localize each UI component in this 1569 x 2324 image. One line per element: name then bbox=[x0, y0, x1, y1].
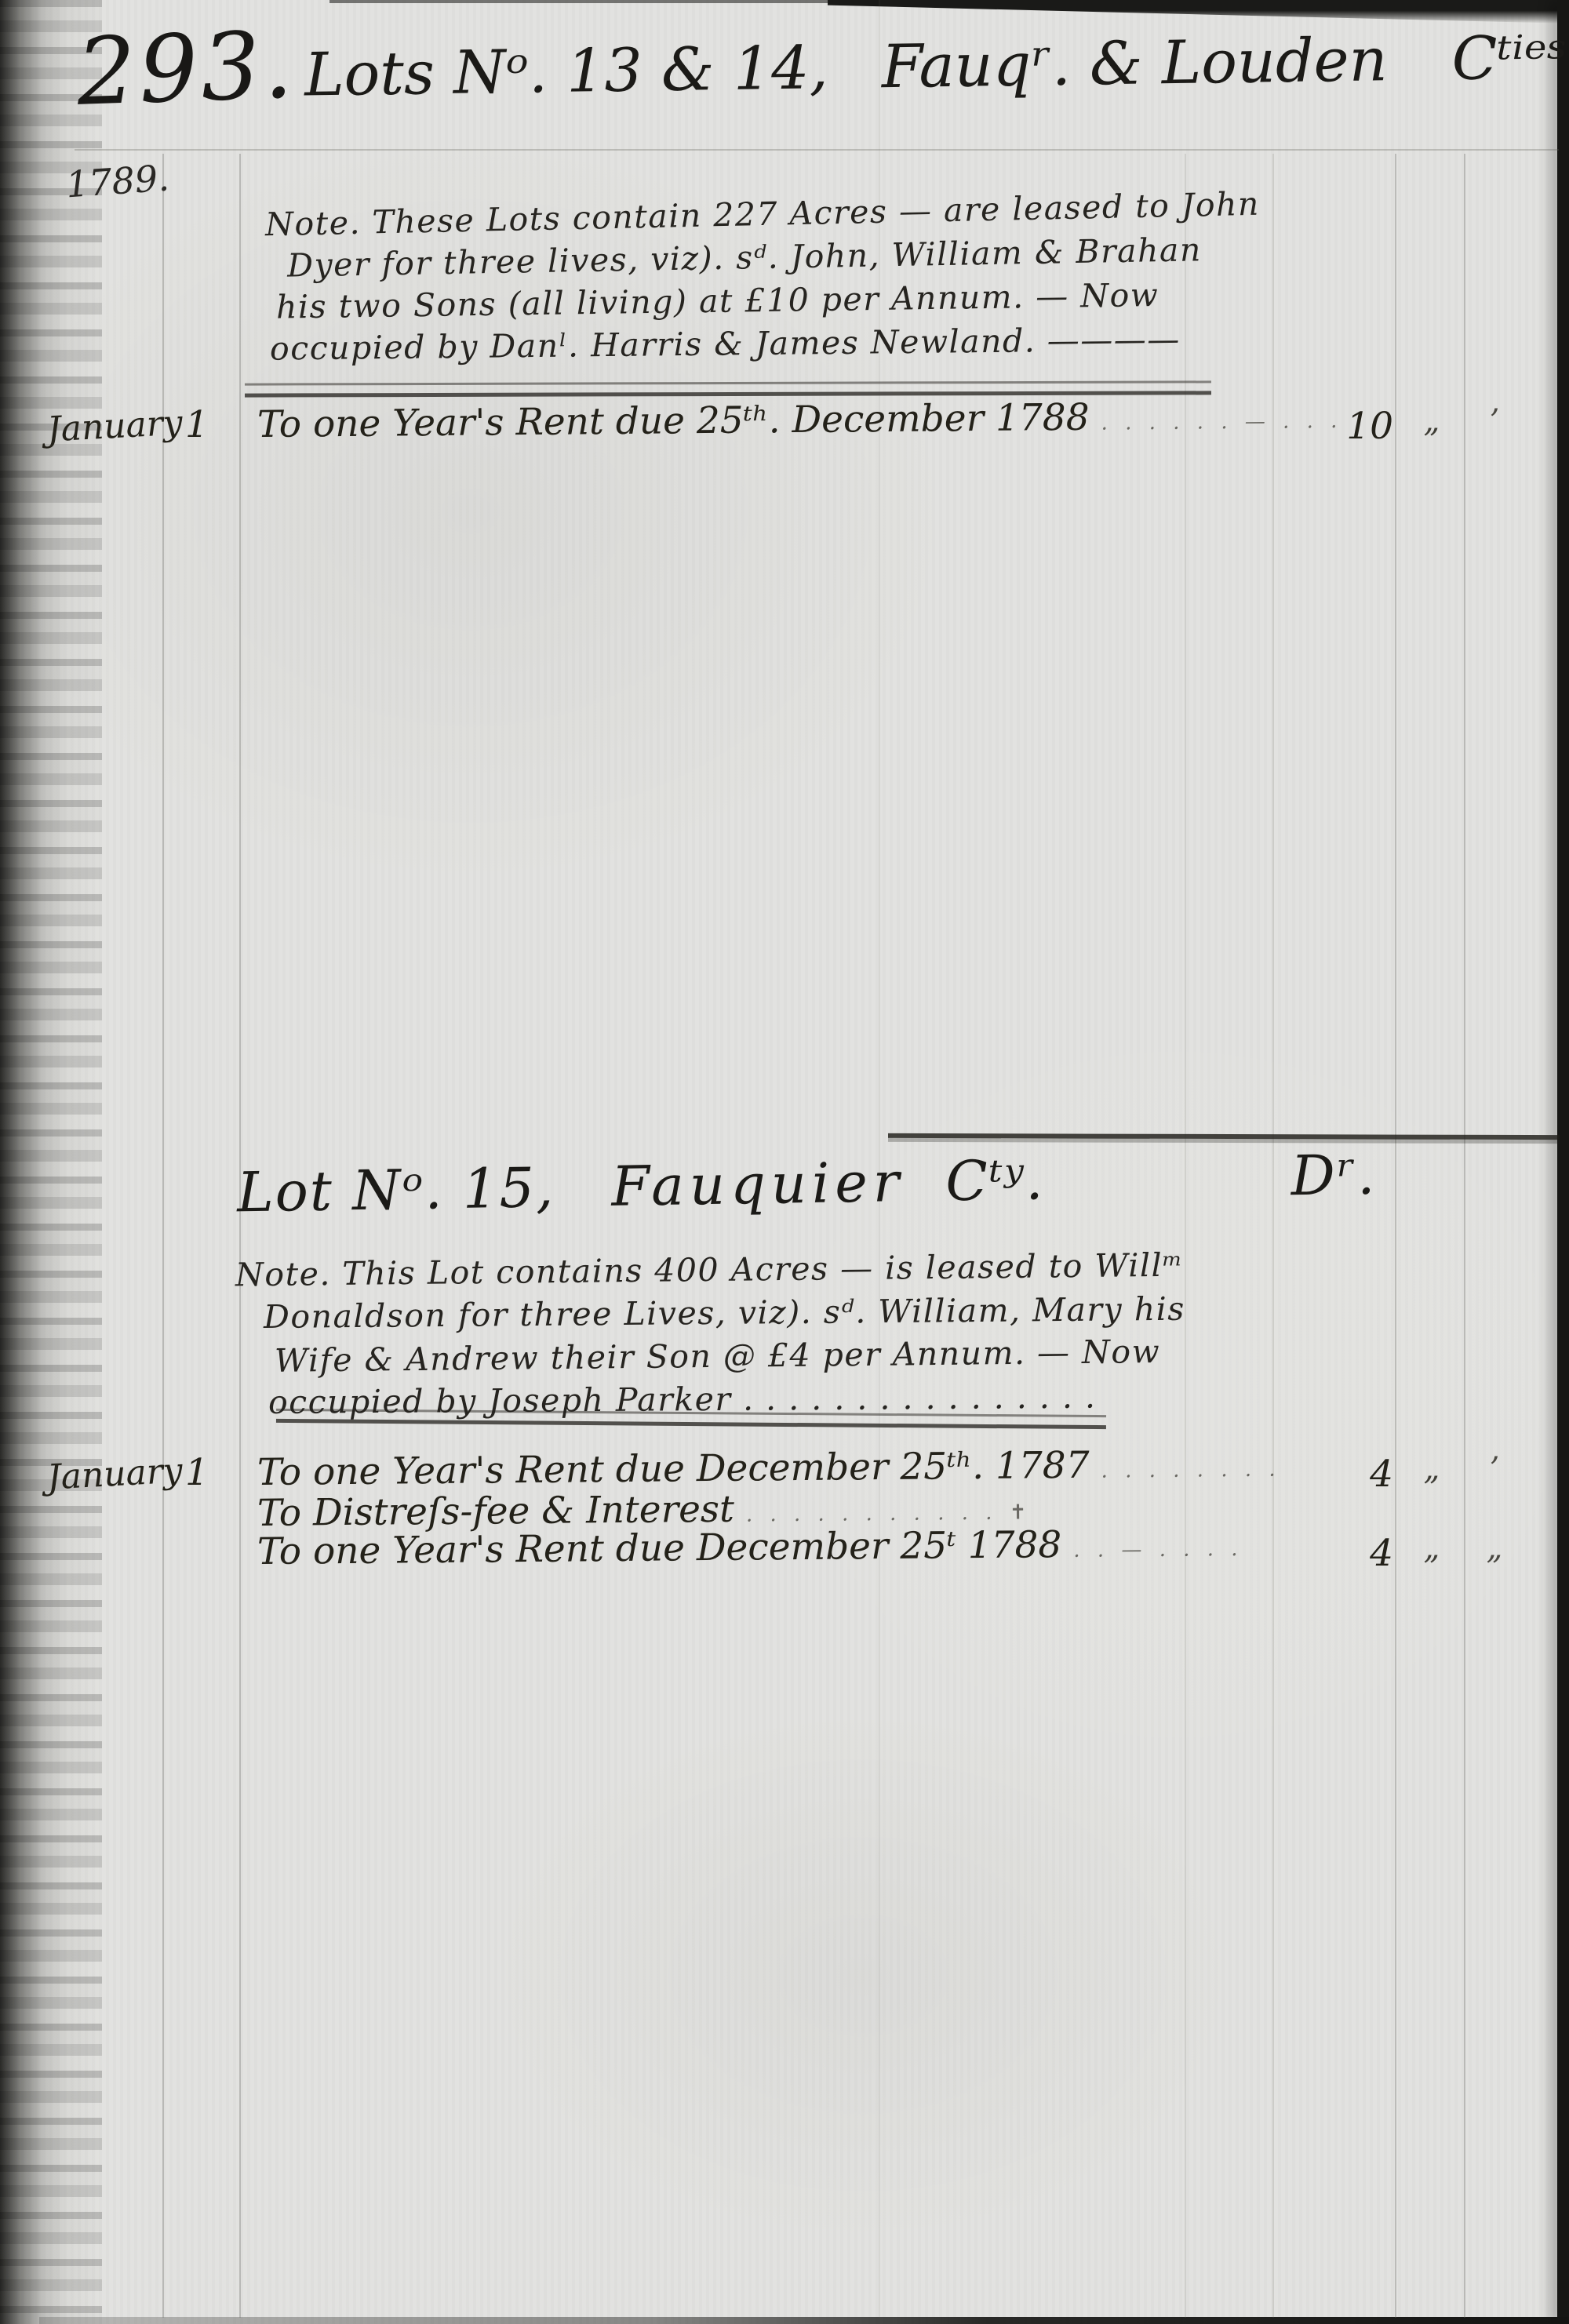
column-rule-day bbox=[239, 154, 241, 2318]
entry-shillings: „ bbox=[1409, 403, 1454, 439]
entry-text: To one Year's Rent due 25ᵗʰ. December 17… bbox=[257, 396, 1090, 446]
ledger-entry-row: January 1 To one Year's Rent due 25ᵗʰ. D… bbox=[0, 403, 1569, 452]
leader-dots: . . — . . . . bbox=[1073, 1537, 1243, 1562]
leader-dots: . . . . . . . . bbox=[1101, 1458, 1280, 1483]
column-rule-shillings bbox=[1464, 154, 1465, 2318]
entry-pence: ’ bbox=[1472, 403, 1517, 439]
header-underline bbox=[75, 149, 1559, 151]
column-rule-faint-1 bbox=[1185, 154, 1186, 2318]
column-rule-month bbox=[162, 154, 164, 2318]
section1-note-rule bbox=[245, 380, 1211, 397]
entry-shillings: „ bbox=[1409, 1530, 1454, 1566]
entry-day: 1 bbox=[185, 1451, 209, 1494]
entry-month: January bbox=[46, 1451, 184, 1498]
leader-dots: . . . . . . . . . . . ✝ bbox=[746, 1500, 1032, 1526]
section1-note: Note. These Lots contain 227 Acres — are… bbox=[265, 193, 1260, 366]
page-number: 293. bbox=[75, 10, 297, 126]
page-edge-top-right bbox=[828, 0, 1569, 24]
heading1-counties-label: Fauqʳ. & Louden bbox=[881, 24, 1388, 101]
entry-pounds: 4 bbox=[1327, 1453, 1393, 1496]
section2-top-rule bbox=[888, 1133, 1560, 1140]
binding-edge-left bbox=[0, 0, 102, 2324]
column-rule-faint-2 bbox=[1272, 154, 1274, 2318]
heading1-counties-abbrev: Cᵗⁱᵉˢ bbox=[1451, 22, 1567, 93]
section1-heading: Lots Nᵒ. 13 & 14, Fauqʳ. & Louden Cᵗⁱᵉˢ … bbox=[304, 20, 1569, 110]
page-edge-right bbox=[1557, 0, 1569, 2324]
heading2-county-label: Fauquier bbox=[611, 1150, 905, 1219]
heading1-lots-label: Lots Nᵒ. 13 & 14, bbox=[304, 32, 828, 109]
column-rule-pounds bbox=[1395, 154, 1396, 2318]
leader-dots: . . . . . . — . . . bbox=[1101, 409, 1342, 435]
heading2-county-abbrev: Cᵗʸ. bbox=[945, 1147, 1045, 1213]
ledger-page-scan: 293. Lots Nᵒ. 13 & 14, Fauqʳ. & Louden C… bbox=[0, 0, 1569, 2324]
entry-text: To one Year's Rent due December 25ᵗ 1788 bbox=[257, 1523, 1062, 1573]
entry-day: 1 bbox=[185, 403, 209, 446]
entry-pence: ’ bbox=[1472, 1451, 1517, 1487]
year-label: 1789. bbox=[64, 156, 170, 205]
heading2-lot-label: Lot Nᵒ. 15, bbox=[236, 1155, 555, 1224]
page-edge-top bbox=[329, 0, 832, 3]
entry-description: To one Year's Rent due December 25ᵗ 1788… bbox=[257, 1522, 1243, 1573]
entry-month: January bbox=[46, 403, 184, 450]
page-edge-bottom bbox=[39, 2317, 1569, 2324]
entry-description: To one Year's Rent due December 25ᵗʰ. 17… bbox=[257, 1442, 1281, 1494]
entry-pence: „ bbox=[1472, 1530, 1517, 1566]
heading2-debtor-label: Dʳ. bbox=[1291, 1143, 1377, 1209]
entry-pounds: 4 bbox=[1327, 1532, 1393, 1575]
entry-shillings: „ bbox=[1409, 1451, 1454, 1487]
ledger-entry-row: To one Year's Rent due December 25ᵗ 1788… bbox=[0, 1530, 1569, 1579]
entry-description: To one Year's Rent due 25ᵗʰ. December 17… bbox=[257, 394, 1343, 446]
entry-pounds: 10 bbox=[1327, 405, 1393, 448]
section2-note: Note. This Lot contains 400 Acres — is l… bbox=[235, 1249, 1185, 1421]
section2-heading: Lot Nᵒ. 15, Fauquier Cᵗʸ. Dʳ. bbox=[236, 1143, 1376, 1225]
note-line: occupied by Joseph Parker . . . . . . . … bbox=[235, 1375, 1185, 1424]
